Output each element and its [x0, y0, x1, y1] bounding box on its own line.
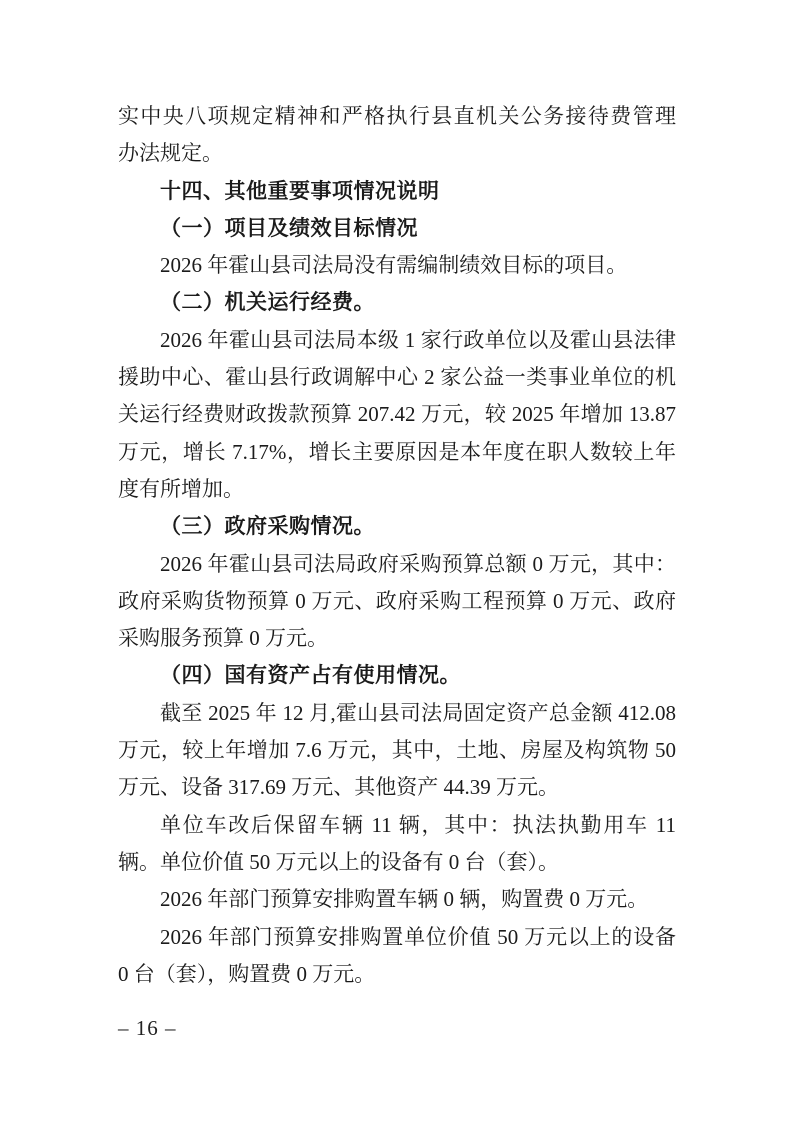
text-line: 万元、设备 317.69 万元、其他资产 44.39 万元。	[118, 769, 676, 806]
text-line: 0 台（套），购置费 0 万元。	[118, 956, 676, 993]
paragraph-equipment-purchase-budget: 2026 年部门预算安排购置单位价值 50 万元以上的设备 0 台（套），购置费…	[118, 919, 676, 994]
text-line: 单位车改后保留车辆 11 辆，其中：执法执勤用车 11 辆。	[118, 807, 676, 844]
text-line: 关运行经费财政拨款预算 207.42 万元，较 2025 年增加 13.87	[118, 396, 676, 433]
paragraph-vehicles-retained: 单位车改后保留车辆 11 辆，其中：执法执勤用车 11 辆。	[118, 807, 676, 844]
paragraph-performance-targets: 2026 年霍山县司法局没有需编制绩效目标的项目。	[118, 247, 676, 284]
text-line: 援助中心、霍山县行政调解中心 2 家公益一类事业单位的机	[118, 359, 676, 396]
subsection-heading-2: （二）机关运行经费。	[118, 284, 676, 321]
paragraph-operating-funds: 2026 年霍山县司法局本级 1 家行政单位以及霍山县法律 援助中心、霍山县行政…	[118, 322, 676, 508]
heading-text: （四）国有资产占有使用情况。	[118, 657, 676, 694]
heading-text: 十四、其他重要事项情况说明	[118, 173, 676, 210]
text-line: 2026 年部门预算安排购置车辆 0 辆，购置费 0 万元。	[118, 881, 676, 918]
page-number: – 16 –	[118, 1016, 177, 1040]
text-line: 政府采购货物预算 0 万元、政府采购工程预算 0 万元、政府	[118, 583, 676, 620]
paragraph-state-assets: 截至 2025 年 12 月,霍山县司法局固定资产总金额 412.08 万元，较…	[118, 695, 676, 807]
paragraph-procurement: 2026 年霍山县司法局政府采购预算总额 0 万元，其中： 政府采购货物预算 0…	[118, 546, 676, 658]
paragraph-continuation: 实中央八项规定精神和严格执行县直机关公务接待费管理 办法规定。	[118, 98, 676, 173]
text-line: 万元，增长 7.17%，增长主要原因是本年度在职人数较上年	[118, 434, 676, 471]
subsection-heading-1: （一）项目及绩效目标情况	[118, 210, 676, 247]
document-page: 实中央八项规定精神和严格执行县直机关公务接待费管理 办法规定。 十四、其他重要事…	[0, 0, 793, 1122]
text-line: 截至 2025 年 12 月,霍山县司法局固定资产总金额 412.08	[118, 695, 676, 732]
page-footer: – 16 –	[118, 1013, 177, 1043]
paragraph-equipment-over-500k: 单位价值 50 万元以上的设备有 0 台（套）。	[118, 844, 676, 881]
text-line: 万元，较上年增加 7.6 万元，其中，土地、房屋及构筑物 50	[118, 732, 676, 769]
paragraph-vehicle-purchase-budget: 2026 年部门预算安排购置车辆 0 辆，购置费 0 万元。	[118, 881, 676, 918]
section-heading-14: 十四、其他重要事项情况说明	[118, 173, 676, 210]
heading-text: （三）政府采购情况。	[118, 508, 676, 545]
text-line: 2026 年霍山县司法局政府采购预算总额 0 万元，其中：	[118, 546, 676, 583]
page-content: 实中央八项规定精神和严格执行县直机关公务接待费管理 办法规定。 十四、其他重要事…	[118, 98, 676, 993]
text-line: 采购服务预算 0 万元。	[118, 620, 676, 657]
subsection-heading-3: （三）政府采购情况。	[118, 508, 676, 545]
heading-text: （二）机关运行经费。	[118, 284, 676, 321]
text-line: 2026 年霍山县司法局没有需编制绩效目标的项目。	[118, 247, 676, 284]
text-line: 2026 年部门预算安排购置单位价值 50 万元以上的设备	[118, 919, 676, 956]
subsection-heading-4: （四）国有资产占有使用情况。	[118, 657, 676, 694]
text-line: 单位价值 50 万元以上的设备有 0 台（套）。	[118, 844, 676, 881]
text-line: 2026 年霍山县司法局本级 1 家行政单位以及霍山县法律	[118, 322, 676, 359]
text-line: 度有所增加。	[118, 471, 676, 508]
text-line: 办法规定。	[118, 135, 676, 172]
heading-text: （一）项目及绩效目标情况	[118, 210, 676, 247]
text-line: 实中央八项规定精神和严格执行县直机关公务接待费管理	[118, 98, 676, 135]
